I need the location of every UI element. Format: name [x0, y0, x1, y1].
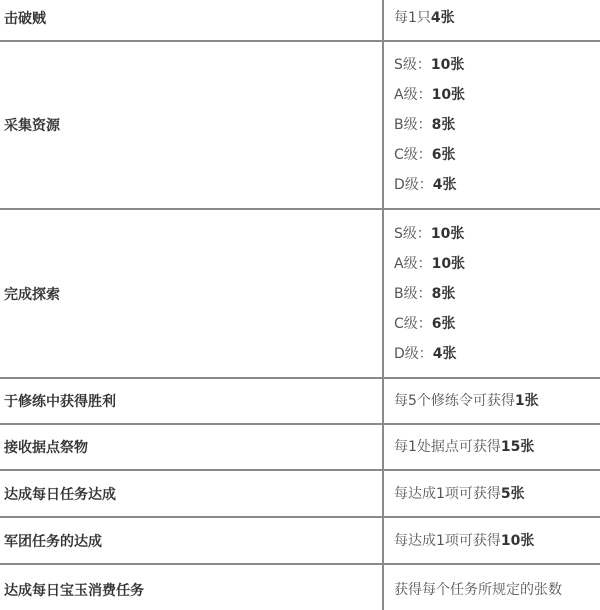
table-row: 达成每日宝玉消费任务 获得每个任务所规定的张数 — [0, 565, 600, 610]
reward-cell: 每5个修练令可获得1张 — [384, 379, 600, 423]
table-row: 达成每日任务达成 每达成1项可获得5张 — [0, 471, 600, 518]
source-cell: 军团任务的达成 — [0, 518, 384, 563]
table-row: 击破贼 每1只4张 — [0, 0, 600, 42]
reward-cell: S级：10张 A级：10张 B级：8张 C级：6张 D级：4张 — [384, 210, 600, 377]
reward-value: 4张 — [431, 10, 455, 26]
grade-line: S级：10张 — [394, 50, 600, 80]
grade-line: C级：6张 — [394, 140, 600, 170]
grade-line: B级：8张 — [394, 110, 600, 140]
reward-cell: 每1只4张 — [384, 0, 600, 40]
grade-line: A级：10张 — [394, 80, 600, 110]
reward-cell: S级：10张 A级：10张 B级：8张 C级：6张 D级：4张 — [384, 42, 600, 208]
table-row: 接收据点祭物 每1处据点可获得15张 — [0, 425, 600, 471]
table-row: 完成探索 S级：10张 A级：10张 B级：8张 C级：6张 D级：4张 — [0, 210, 600, 379]
grade-line: D级：4张 — [394, 339, 600, 369]
table-row: 军团任务的达成 每达成1项可获得10张 — [0, 518, 600, 565]
reward-cell: 获得每个任务所规定的张数 — [384, 565, 600, 610]
reward-cell: 每达成1项可获得5张 — [384, 471, 600, 516]
source-cell: 采集资源 — [0, 42, 384, 208]
reward-table: 击破贼 每1只4张 采集资源 S级：10张 A级：10张 B级：8张 C级：6张… — [0, 0, 600, 610]
reward-cell: 每达成1项可获得10张 — [384, 518, 600, 563]
grade-line: D级：4张 — [394, 170, 600, 200]
grade-line: S级：10张 — [394, 219, 600, 249]
table-row: 于修练中获得胜利 每5个修练令可获得1张 — [0, 379, 600, 425]
source-cell: 接收据点祭物 — [0, 425, 384, 469]
source-cell: 于修练中获得胜利 — [0, 379, 384, 423]
grade-line: A级：10张 — [394, 249, 600, 279]
source-cell: 达成每日任务达成 — [0, 471, 384, 516]
reward-prefix: 每1只 — [394, 10, 431, 26]
reward-cell: 每1处据点可获得15张 — [384, 425, 600, 469]
grade-line: B级：8张 — [394, 279, 600, 309]
table-row: 采集资源 S级：10张 A级：10张 B级：8张 C级：6张 D级：4张 — [0, 42, 600, 210]
source-cell: 完成探索 — [0, 210, 384, 377]
source-cell: 击破贼 — [0, 0, 384, 40]
source-cell: 达成每日宝玉消费任务 — [0, 565, 384, 610]
grade-line: C级：6张 — [394, 309, 600, 339]
